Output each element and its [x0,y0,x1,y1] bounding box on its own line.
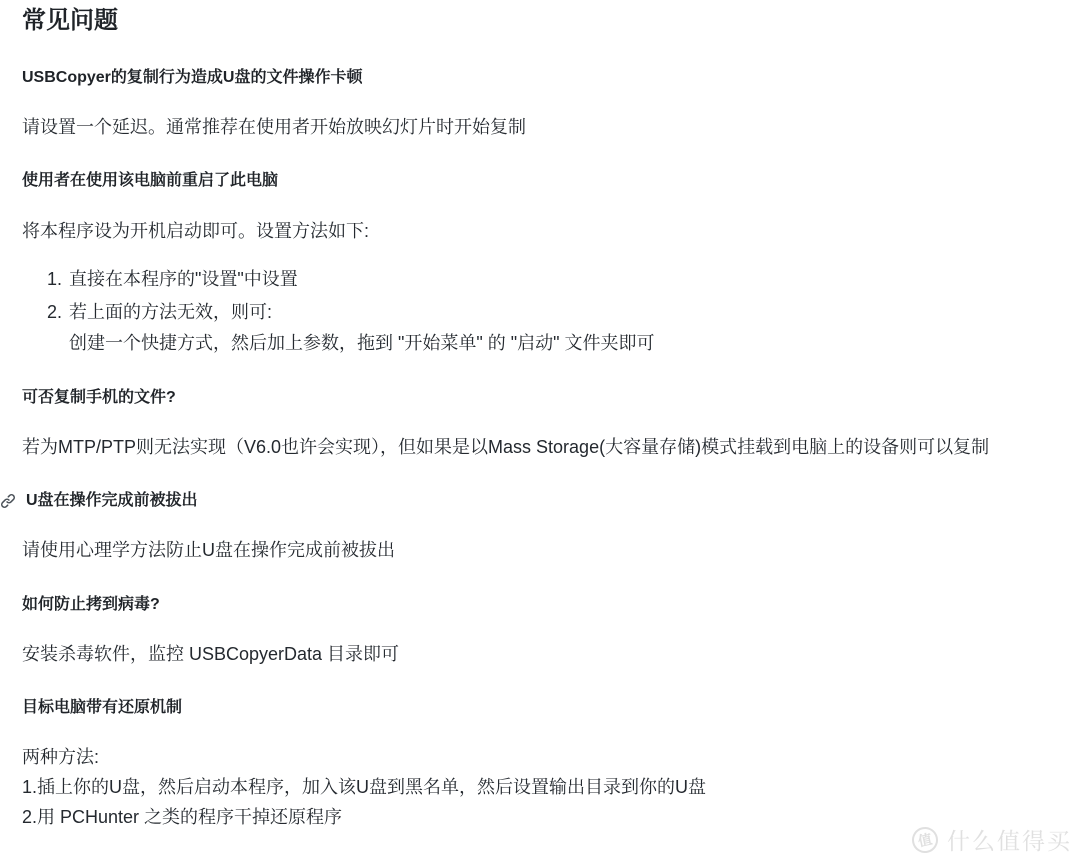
setup-methods-list: 1. 直接在本程序的"设置"中设置 2. 若上面的方法无效，则可: 创建一个快捷… [22,264,1054,359]
answer-text: 将本程序设为开机启动即可。设置方法如下: [22,216,1054,246]
list-item-text: 直接在本程序的"设置"中设置 [69,264,298,295]
faq-section-phone-files: 可否复制手机的文件? 若为MTP/PTP则无法实现（V6.0也许会实现），但如果… [22,387,1054,462]
answer-text: 请使用心理学方法防止U盘在操作完成前被拔出 [22,535,1054,565]
watermark-text: 什么值得买 [947,823,1072,856]
question-heading: 可否复制手机的文件? [22,387,1054,409]
answer-line: 2.用 PCHunter 之类的程序干掉还原程序 [22,802,1054,832]
faq-article: 常见问题 USBCopyer的复制行为造成U盘的文件操作卡顿 请设置一个延迟。通… [0,0,1080,833]
list-marker: 2. [42,297,62,328]
answer-text: 请设置一个延迟。通常推荐在使用者开始放映幻灯片时开始复制 [22,112,1054,142]
faq-section-copy-lag: USBCopyer的复制行为造成U盘的文件操作卡顿 请设置一个延迟。通常推荐在使… [22,67,1054,142]
answer-text: 两种方法: 1.插上你的U盘，然后启动本程序，加入该U盘到黑名单，然后设置输出目… [22,742,1054,832]
answer-line: 两种方法: [22,742,1054,772]
question-heading: 如何防止拷到病毒? [22,594,1054,616]
list-item: 2. 若上面的方法无效，则可: 创建一个快捷方式，然后加上参数，拖到 "开始菜单… [42,297,1054,358]
smzdm-watermark: 值 什么值得买 [912,823,1072,856]
faq-section-virus: 如何防止拷到病毒? 安装杀毒软件，监控 USBCopyerData 目录即可 [22,594,1054,669]
page-title: 常见问题 [22,6,1054,36]
answer-text: 若为MTP/PTP则无法实现（V6.0也许会实现），但如果是以Mass Stor… [22,432,1054,462]
heading-anchor-link[interactable] [0,493,16,509]
question-heading: U盘在操作完成前被拔出 [22,490,1054,512]
faq-section-early-unplug: U盘在操作完成前被拔出 请使用心理学方法防止U盘在操作完成前被拔出 [22,490,1054,565]
question-heading: 使用者在使用该电脑前重启了此电脑 [22,170,1054,192]
list-item: 1. 直接在本程序的"设置"中设置 [42,264,1054,295]
answer-text: 安装杀毒软件，监控 USBCopyerData 目录即可 [22,639,1054,669]
smzdm-badge-icon: 值 [910,824,941,855]
question-heading: USBCopyer的复制行为造成U盘的文件操作卡顿 [22,67,1054,89]
faq-section-restart: 使用者在使用该电脑前重启了此电脑 将本程序设为开机启动即可。设置方法如下: 1.… [22,170,1054,358]
list-marker: 1. [42,264,62,295]
answer-line: 1.插上你的U盘，然后启动本程序，加入该U盘到黑名单，然后设置输出目录到你的U盘 [22,772,1054,802]
question-heading: 目标电脑带有还原机制 [22,697,1054,719]
faq-section-restore-mechanism: 目标电脑带有还原机制 两种方法: 1.插上你的U盘，然后启动本程序，加入该U盘到… [22,697,1054,833]
list-item-text: 创建一个快捷方式，然后加上参数，拖到 "开始菜单" 的 "启动" 文件夹即可 [69,328,655,359]
list-item-text: 若上面的方法无效，则可: [69,297,655,328]
link-icon [0,493,16,509]
question-heading-text: U盘在操作完成前被拔出 [26,492,198,509]
